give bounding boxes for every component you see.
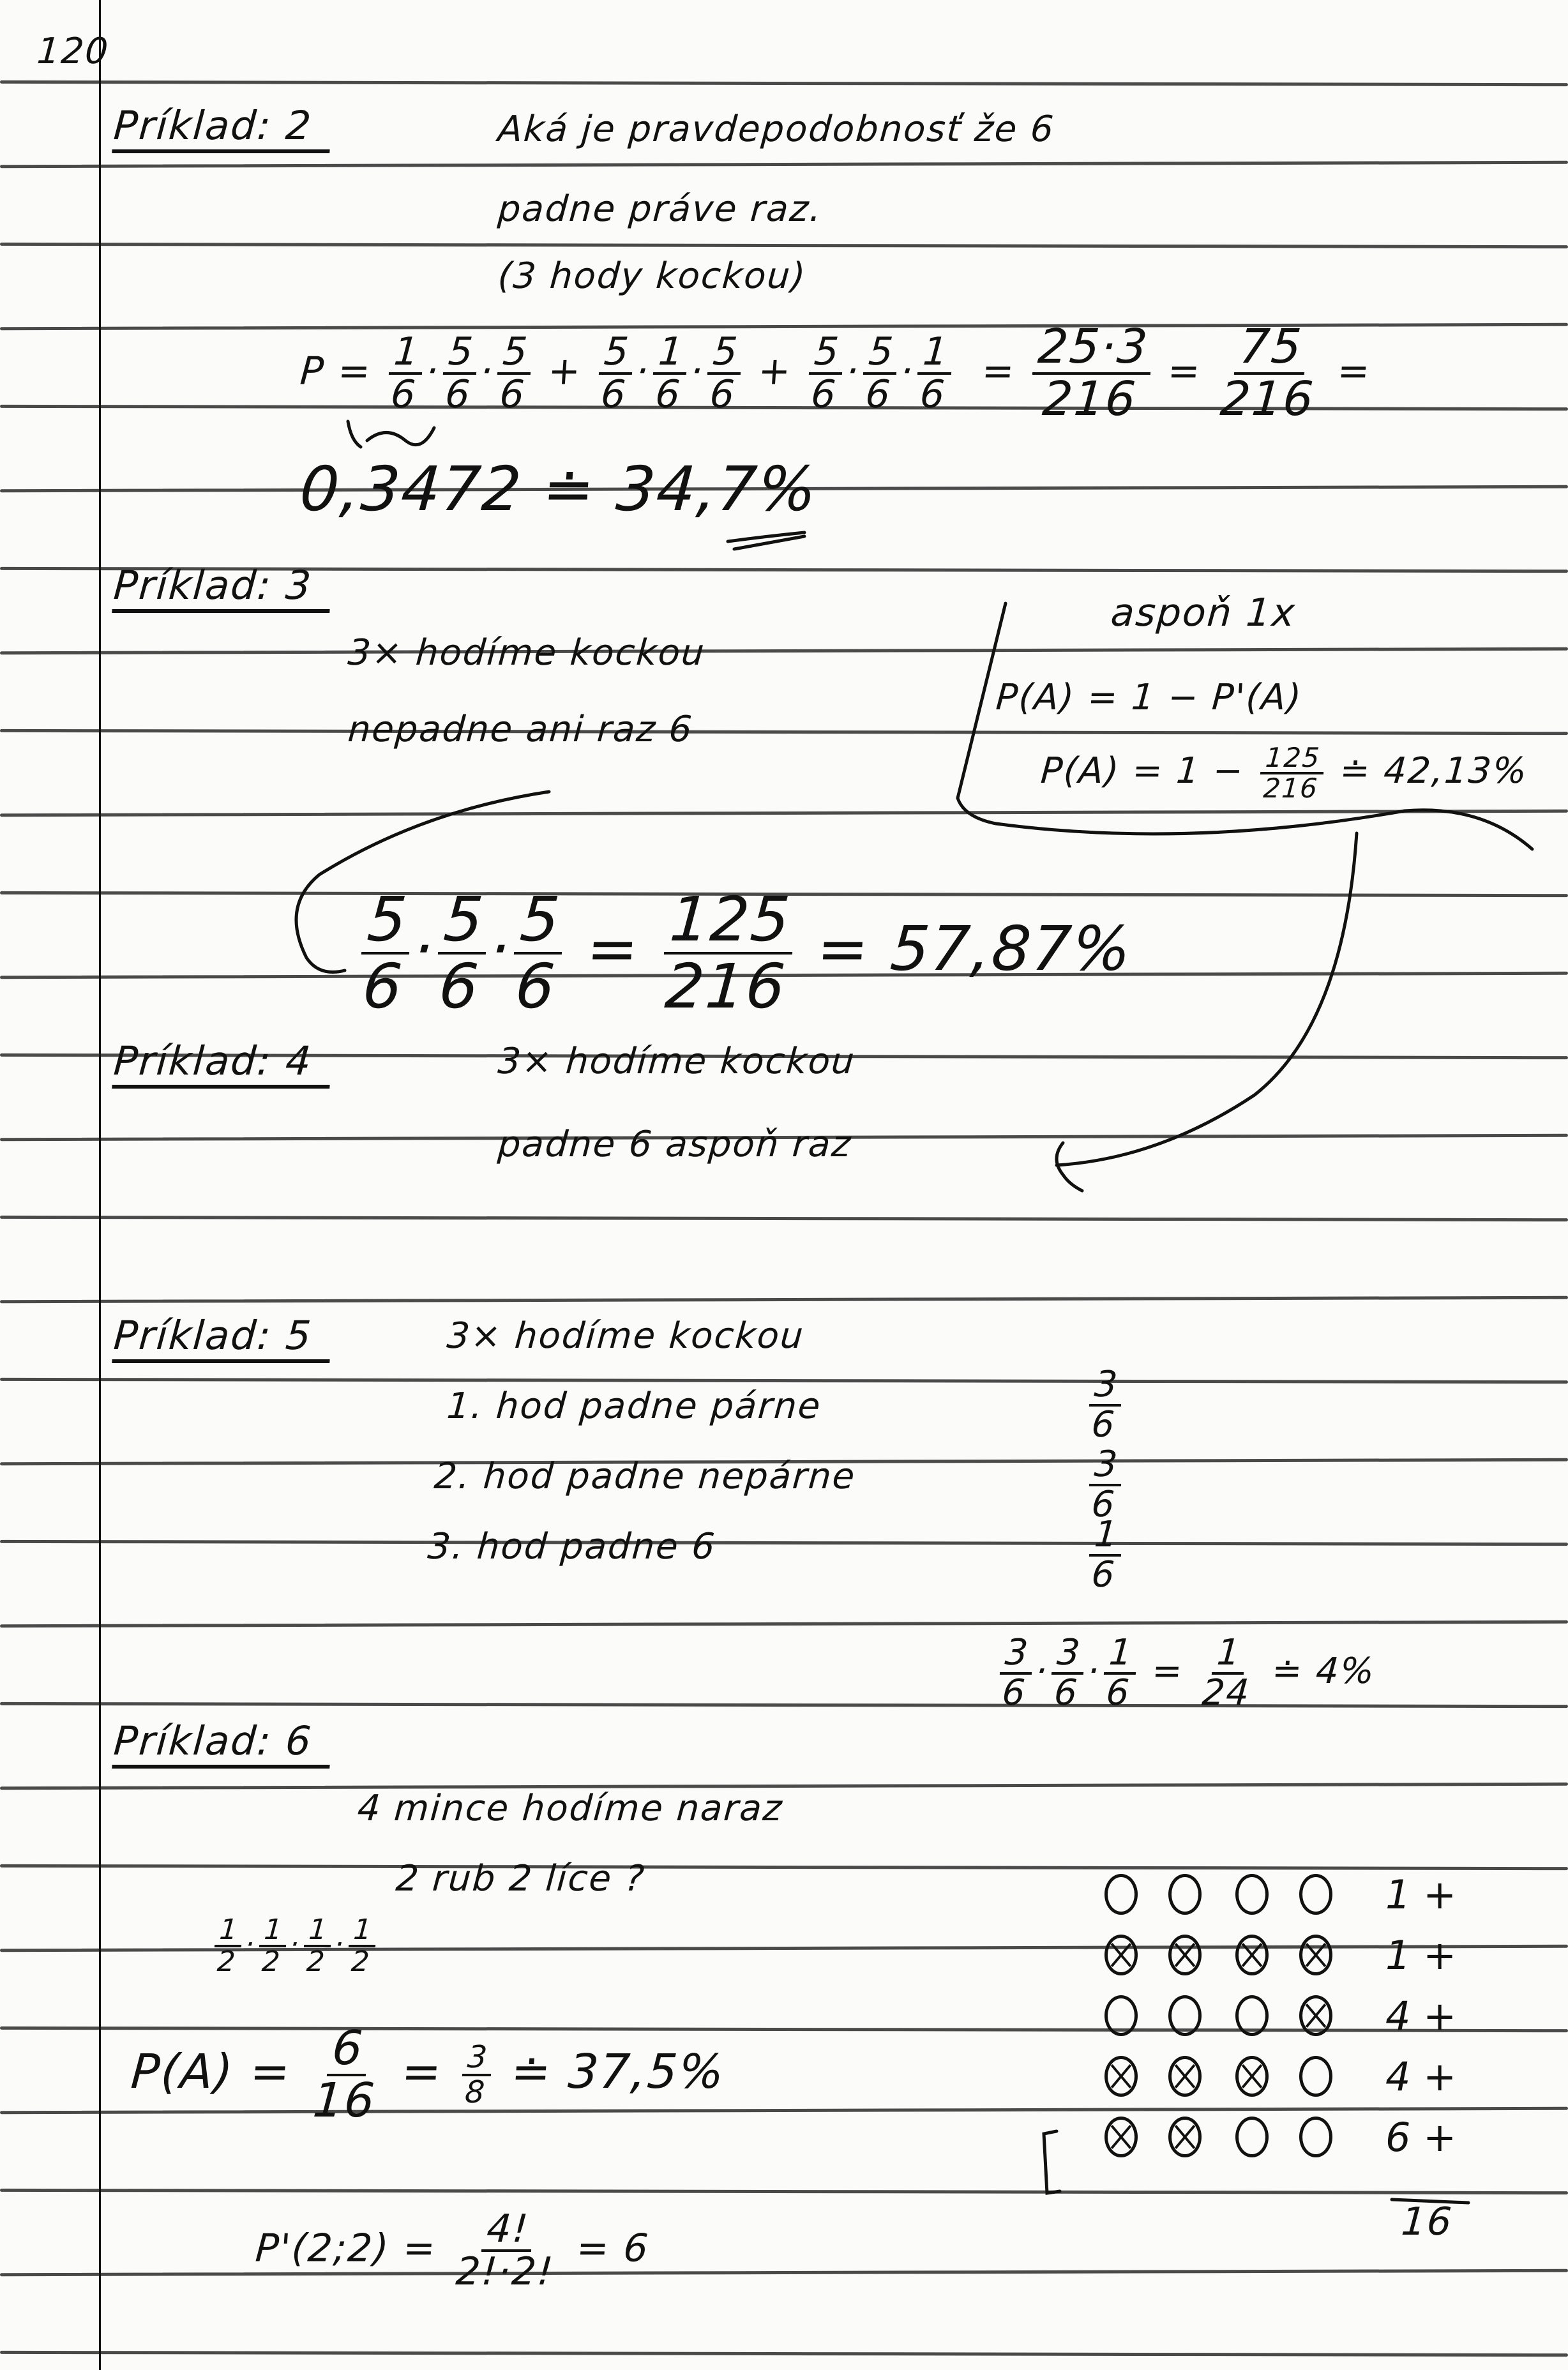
coin-row-count: 1 + xyxy=(1385,1871,1456,1918)
ruled-line xyxy=(0,2189,1568,2194)
coin-row-count: 6 + xyxy=(1385,2114,1456,2161)
brace-mark xyxy=(348,421,434,447)
notebook-page: 120 Príklad: 2 Aká je pravdepodobnosť že… xyxy=(0,0,1568,2370)
example-3-title: Príklad: 3 xyxy=(112,562,333,613)
example-5-side-fraction-2: 36 xyxy=(1083,1446,1127,1524)
coin-tails-icon xyxy=(1168,2056,1202,2097)
ruled-line xyxy=(0,2351,1568,2357)
example-5-title: Príklad: 5 xyxy=(112,1312,333,1363)
coin-heads-icon xyxy=(1235,1995,1269,2036)
ruled-line xyxy=(0,1296,1568,1303)
page-number: 120 xyxy=(36,31,110,72)
coin-row-count: 1 + xyxy=(1385,1932,1456,1979)
margin-line xyxy=(99,0,101,2370)
coin-heads-icon xyxy=(1168,1874,1202,1915)
coin-tails-icon xyxy=(1299,1935,1332,1975)
side-note-line-1: P(A) = 1 − P'(A) xyxy=(995,677,1304,718)
coin-heads-icon xyxy=(1235,1874,1269,1915)
example-6-product: 12·12·12·12 xyxy=(209,1915,382,1977)
example-5-text-1: 3× hodíme kockou xyxy=(446,1315,806,1357)
example-2-decimal-result: 0,3472 ≐ 34,7% xyxy=(298,453,820,525)
ruled-line xyxy=(0,1216,1568,1221)
example-2-text-3: (3 hody kockou) xyxy=(497,255,808,297)
ruled-line xyxy=(0,1540,1568,1546)
coin-heads-icon xyxy=(1168,1995,1202,2036)
example-5-side-fraction-1: 36 xyxy=(1083,1366,1127,1444)
example-5-text-3: 2. hod padne nepárne xyxy=(433,1456,857,1497)
coin-heads-icon xyxy=(1104,1874,1138,1915)
coin-total: 16 xyxy=(1400,2200,1454,2244)
example-2-text-1: Aká je pravdepodobnosť že 6 xyxy=(497,109,1056,150)
coin-heads-icon xyxy=(1299,1874,1332,1915)
coin-tails-icon xyxy=(1168,1935,1202,1975)
coin-heads-icon xyxy=(1104,1995,1138,2036)
example-3-calculation: 56·56·56 = 125216 = 57,87% xyxy=(353,887,1136,1019)
coin-tails-icon xyxy=(1235,1935,1269,1975)
coin-tails-icon xyxy=(1299,1995,1332,2036)
example-6-probability: P(A) = 616 = 38 ≐ 37,5% xyxy=(127,2024,728,2125)
example-4-title: Príklad: 4 xyxy=(112,1038,333,1089)
coin-tails-icon xyxy=(1235,2056,1269,2097)
example-3-text-1: 3× hodíme kockou xyxy=(347,632,707,674)
example-6-title: Príklad: 6 xyxy=(112,1717,333,1769)
ruled-line xyxy=(0,243,1568,248)
coin-heads-icon xyxy=(1299,2117,1332,2157)
example-4-text-1: 3× hodíme kockou xyxy=(497,1041,857,1082)
example-5-text-2: 1. hod padne párne xyxy=(446,1385,823,1427)
example-2-title: Príklad: 2 xyxy=(112,102,333,153)
ruled-line xyxy=(0,1620,1568,1627)
ruled-line xyxy=(0,2269,1568,2276)
ruled-line xyxy=(0,1378,1568,1384)
ruled-line xyxy=(0,810,1568,817)
example-6-text-1: 4 mince hodíme naraz xyxy=(356,1788,785,1829)
coin-tails-icon xyxy=(1104,2117,1138,2157)
ruled-line xyxy=(0,80,1568,86)
side-note-line-2: P(A) = 1 − 125216 ≐ 42,13% xyxy=(1039,744,1530,803)
coin-tails-icon xyxy=(1168,2117,1202,2157)
ruled-line xyxy=(0,161,1568,168)
example-5-side-fraction-3: 16 xyxy=(1083,1516,1127,1594)
example-3-text-2: nepadne ani raz 6 xyxy=(347,709,695,750)
ruled-line xyxy=(0,729,1568,735)
coin-tails-icon xyxy=(1104,2056,1138,2097)
ruled-line xyxy=(0,1864,1568,1870)
example-5-calculation: 36·36·16 = 124 ≐ 4% xyxy=(993,1634,1378,1712)
side-note-heading: aspoň 1x xyxy=(1110,591,1298,635)
example-4-text-2: padne 6 aspoň raz xyxy=(497,1124,853,1165)
coin-row-count: 4 + xyxy=(1385,2053,1456,2100)
example-2-text-2: padne práve raz. xyxy=(497,188,824,230)
coin-heads-icon xyxy=(1235,2117,1269,2157)
example-5-text-4: 3. hod padne 6 xyxy=(426,1526,718,1567)
example-6-combinations: P'(2;2) = 4!2!·2! = 6 xyxy=(252,2209,652,2292)
coin-heads-icon xyxy=(1299,2056,1332,2097)
ruled-line xyxy=(0,647,1568,654)
coin-tails-icon xyxy=(1104,1935,1138,1975)
example-6-text-2: 2 rub 2 líce ? xyxy=(395,1858,647,1899)
example-2-equation: P = 16·56·56 + 56·16·56 + 56·56·16 = 25·… xyxy=(296,322,1374,424)
coin-row-count: 4 + xyxy=(1385,1993,1456,2039)
